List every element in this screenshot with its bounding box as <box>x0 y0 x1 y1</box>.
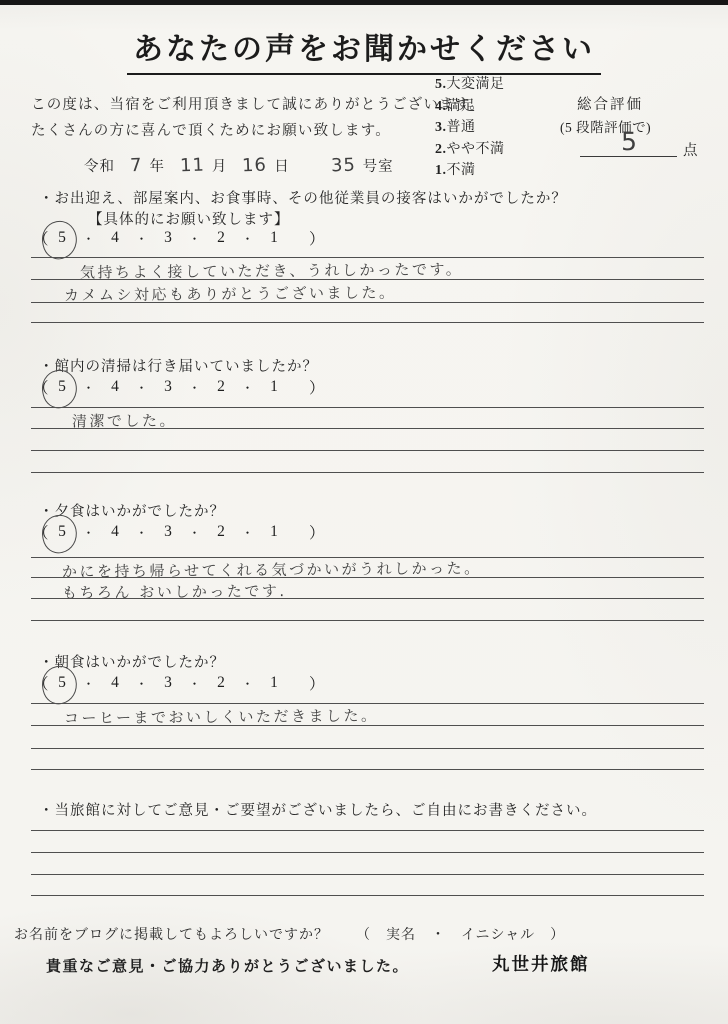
dot-separator: ・ <box>75 675 102 692</box>
dot-separator: ・ <box>181 379 208 396</box>
answer-rule-line <box>31 769 704 770</box>
answer-rule-line <box>31 725 704 726</box>
rating-option-3: 3 <box>155 378 181 396</box>
dot-separator: ・ <box>128 524 155 541</box>
dot-separator: ・ <box>234 675 261 692</box>
rating-option-4: 4 <box>102 674 128 692</box>
year-handwritten: 7 <box>130 155 143 176</box>
answer-rule-line <box>31 302 704 303</box>
rating-option-5: 5 <box>49 378 75 396</box>
blog-options: （ 実名 ・ イニシャル ） <box>356 928 565 943</box>
era-label: 令和 <box>84 155 115 176</box>
rating-option-1: 1 <box>261 229 287 247</box>
rating-option-1: 1 <box>261 378 287 396</box>
answer-rule-line <box>31 895 704 896</box>
rating-option-1: 1 <box>261 523 287 541</box>
intro-line-1: この度は、当宿をご利用頂きまして誠にありがとうございます。 <box>31 92 485 118</box>
dot-separator: ・ <box>181 524 208 541</box>
rating-legend: 5.大変満足 4.満足 3.普通 2.やや不満 1.不満 <box>435 74 505 182</box>
answer-rule-line <box>31 257 704 258</box>
dot-separator: ・ <box>128 230 155 247</box>
month-label: 月 <box>212 155 228 176</box>
overall-score-unit: 点 <box>683 139 698 160</box>
paren-close: ） <box>309 672 325 694</box>
blog-permission-line: お名前をブログに掲載してもよろしいですか？ （ 実名 ・ イニシャル ） <box>14 924 565 944</box>
dot-separator: ・ <box>234 230 261 247</box>
scan-edge-artifact <box>0 0 728 5</box>
rating-option-2: 2 <box>208 229 234 247</box>
answer-rule-line <box>31 279 704 280</box>
thanks-message: 貴重なご意見・ご協力ありがとうございました。 <box>46 955 409 976</box>
answer-rule-line <box>31 852 704 853</box>
rating-option-3: 3 <box>155 523 181 541</box>
answer-rule-line <box>31 472 704 473</box>
dot-separator: ・ <box>181 675 208 692</box>
question-2-rating-row: （5・4・3・2・1） <box>33 375 325 399</box>
question-4-rating-row: （5・4・3・2・1） <box>33 671 325 695</box>
question-2-text: ・館内の清掃は行き届いていましたか？ <box>39 355 318 376</box>
paren-close: ） <box>309 227 325 249</box>
dot-separator: ・ <box>234 379 261 396</box>
rating-option-3: 3 <box>155 674 181 692</box>
rating-option-4: 4 <box>102 378 128 396</box>
paren-close: ） <box>309 376 325 398</box>
answer-rule-line <box>31 620 704 621</box>
rating-option-2: 2 <box>208 674 234 692</box>
room-label: 号室 <box>363 155 394 176</box>
answer-rule-line <box>31 577 704 578</box>
dot-separator: ・ <box>181 230 208 247</box>
intro-line-2: たくさんの方に喜んで頂くためにお願い致します。 <box>31 118 485 144</box>
overall-score-line: 5 <box>580 127 677 157</box>
date-room-line: 令和7年11月16日35号室 <box>84 155 402 176</box>
rating-option-4: 4 <box>102 229 128 247</box>
answer-rule-line <box>31 830 704 831</box>
month-handwritten: 11 <box>180 155 206 177</box>
dot-separator: ・ <box>128 379 155 396</box>
answer-rule-line <box>31 874 704 875</box>
rating-option-5: 5 <box>49 523 75 541</box>
rating-option-1: 1 <box>261 674 287 692</box>
question-3-rating-row: （5・4・3・2・1） <box>33 520 325 544</box>
rating-option-5: 5 <box>49 229 75 247</box>
rating-option-5: 5 <box>49 674 75 692</box>
dot-separator: ・ <box>75 379 102 396</box>
question-3-answer-2: もちろん おいしかったです. <box>62 580 287 603</box>
overall-score-handwritten: 5 <box>620 127 636 157</box>
answer-rule-line <box>31 748 704 749</box>
legend-item-4: 4.満足 <box>435 96 505 118</box>
dot-separator: ・ <box>75 524 102 541</box>
intro-text: この度は、当宿をご利用頂きまして誠にありがとうございます。 たくさんの方に喜んで… <box>31 92 485 144</box>
rating-option-2: 2 <box>208 523 234 541</box>
ryokan-name: 丸世井旅館 <box>492 951 590 976</box>
room-handwritten: 35 <box>330 155 356 177</box>
answer-rule-line <box>31 598 704 599</box>
comments-question-text: ・当旅館に対してご意見・ご要望がございましたら、ご自由にお書きください。 <box>39 799 597 820</box>
question-1-rating-row: （5・4・3・2・1） <box>33 226 325 250</box>
rating-option-4: 4 <box>102 523 128 541</box>
question-1-text: ・お出迎え、部屋案内、お食事時、その他従業員の接客はいかがでしたか？ <box>39 187 567 208</box>
legend-item-5: 5.大変満足 <box>435 74 505 96</box>
answer-rule-line <box>31 428 704 429</box>
page-title: あなたの声をお聞かせください <box>127 24 601 75</box>
question-3-answer-1: かにを持ち帰らせてくれる気づかいがうれしかった。 <box>62 557 482 582</box>
rating-option-2: 2 <box>208 378 234 396</box>
dot-separator: ・ <box>234 524 261 541</box>
dot-separator: ・ <box>75 230 102 247</box>
year-label: 年 <box>149 155 165 176</box>
answer-rule-line <box>31 407 704 408</box>
answer-rule-line <box>31 450 704 451</box>
legend-item-3: 3.普通 <box>435 117 505 139</box>
scanned-questionnaire-page: あなたの声をお聞かせください この度は、当宿をご利用頂きまして誠にありがとうござ… <box>0 0 728 1024</box>
day-label: 日 <box>274 155 290 176</box>
overall-rating-title: 総合評価 <box>577 93 643 114</box>
blog-question: お名前をブログに掲載してもよろしいですか？ <box>14 928 329 943</box>
legend-item-1: 1.不満 <box>435 160 505 182</box>
legend-item-2: 2.やや不満 <box>435 139 505 161</box>
rating-option-3: 3 <box>155 229 181 247</box>
day-handwritten: 16 <box>242 155 268 177</box>
paren-close: ） <box>309 521 325 543</box>
answer-rule-line <box>31 322 704 323</box>
title-wrap: あなたの声をお聞かせください <box>0 24 728 75</box>
dot-separator: ・ <box>128 675 155 692</box>
